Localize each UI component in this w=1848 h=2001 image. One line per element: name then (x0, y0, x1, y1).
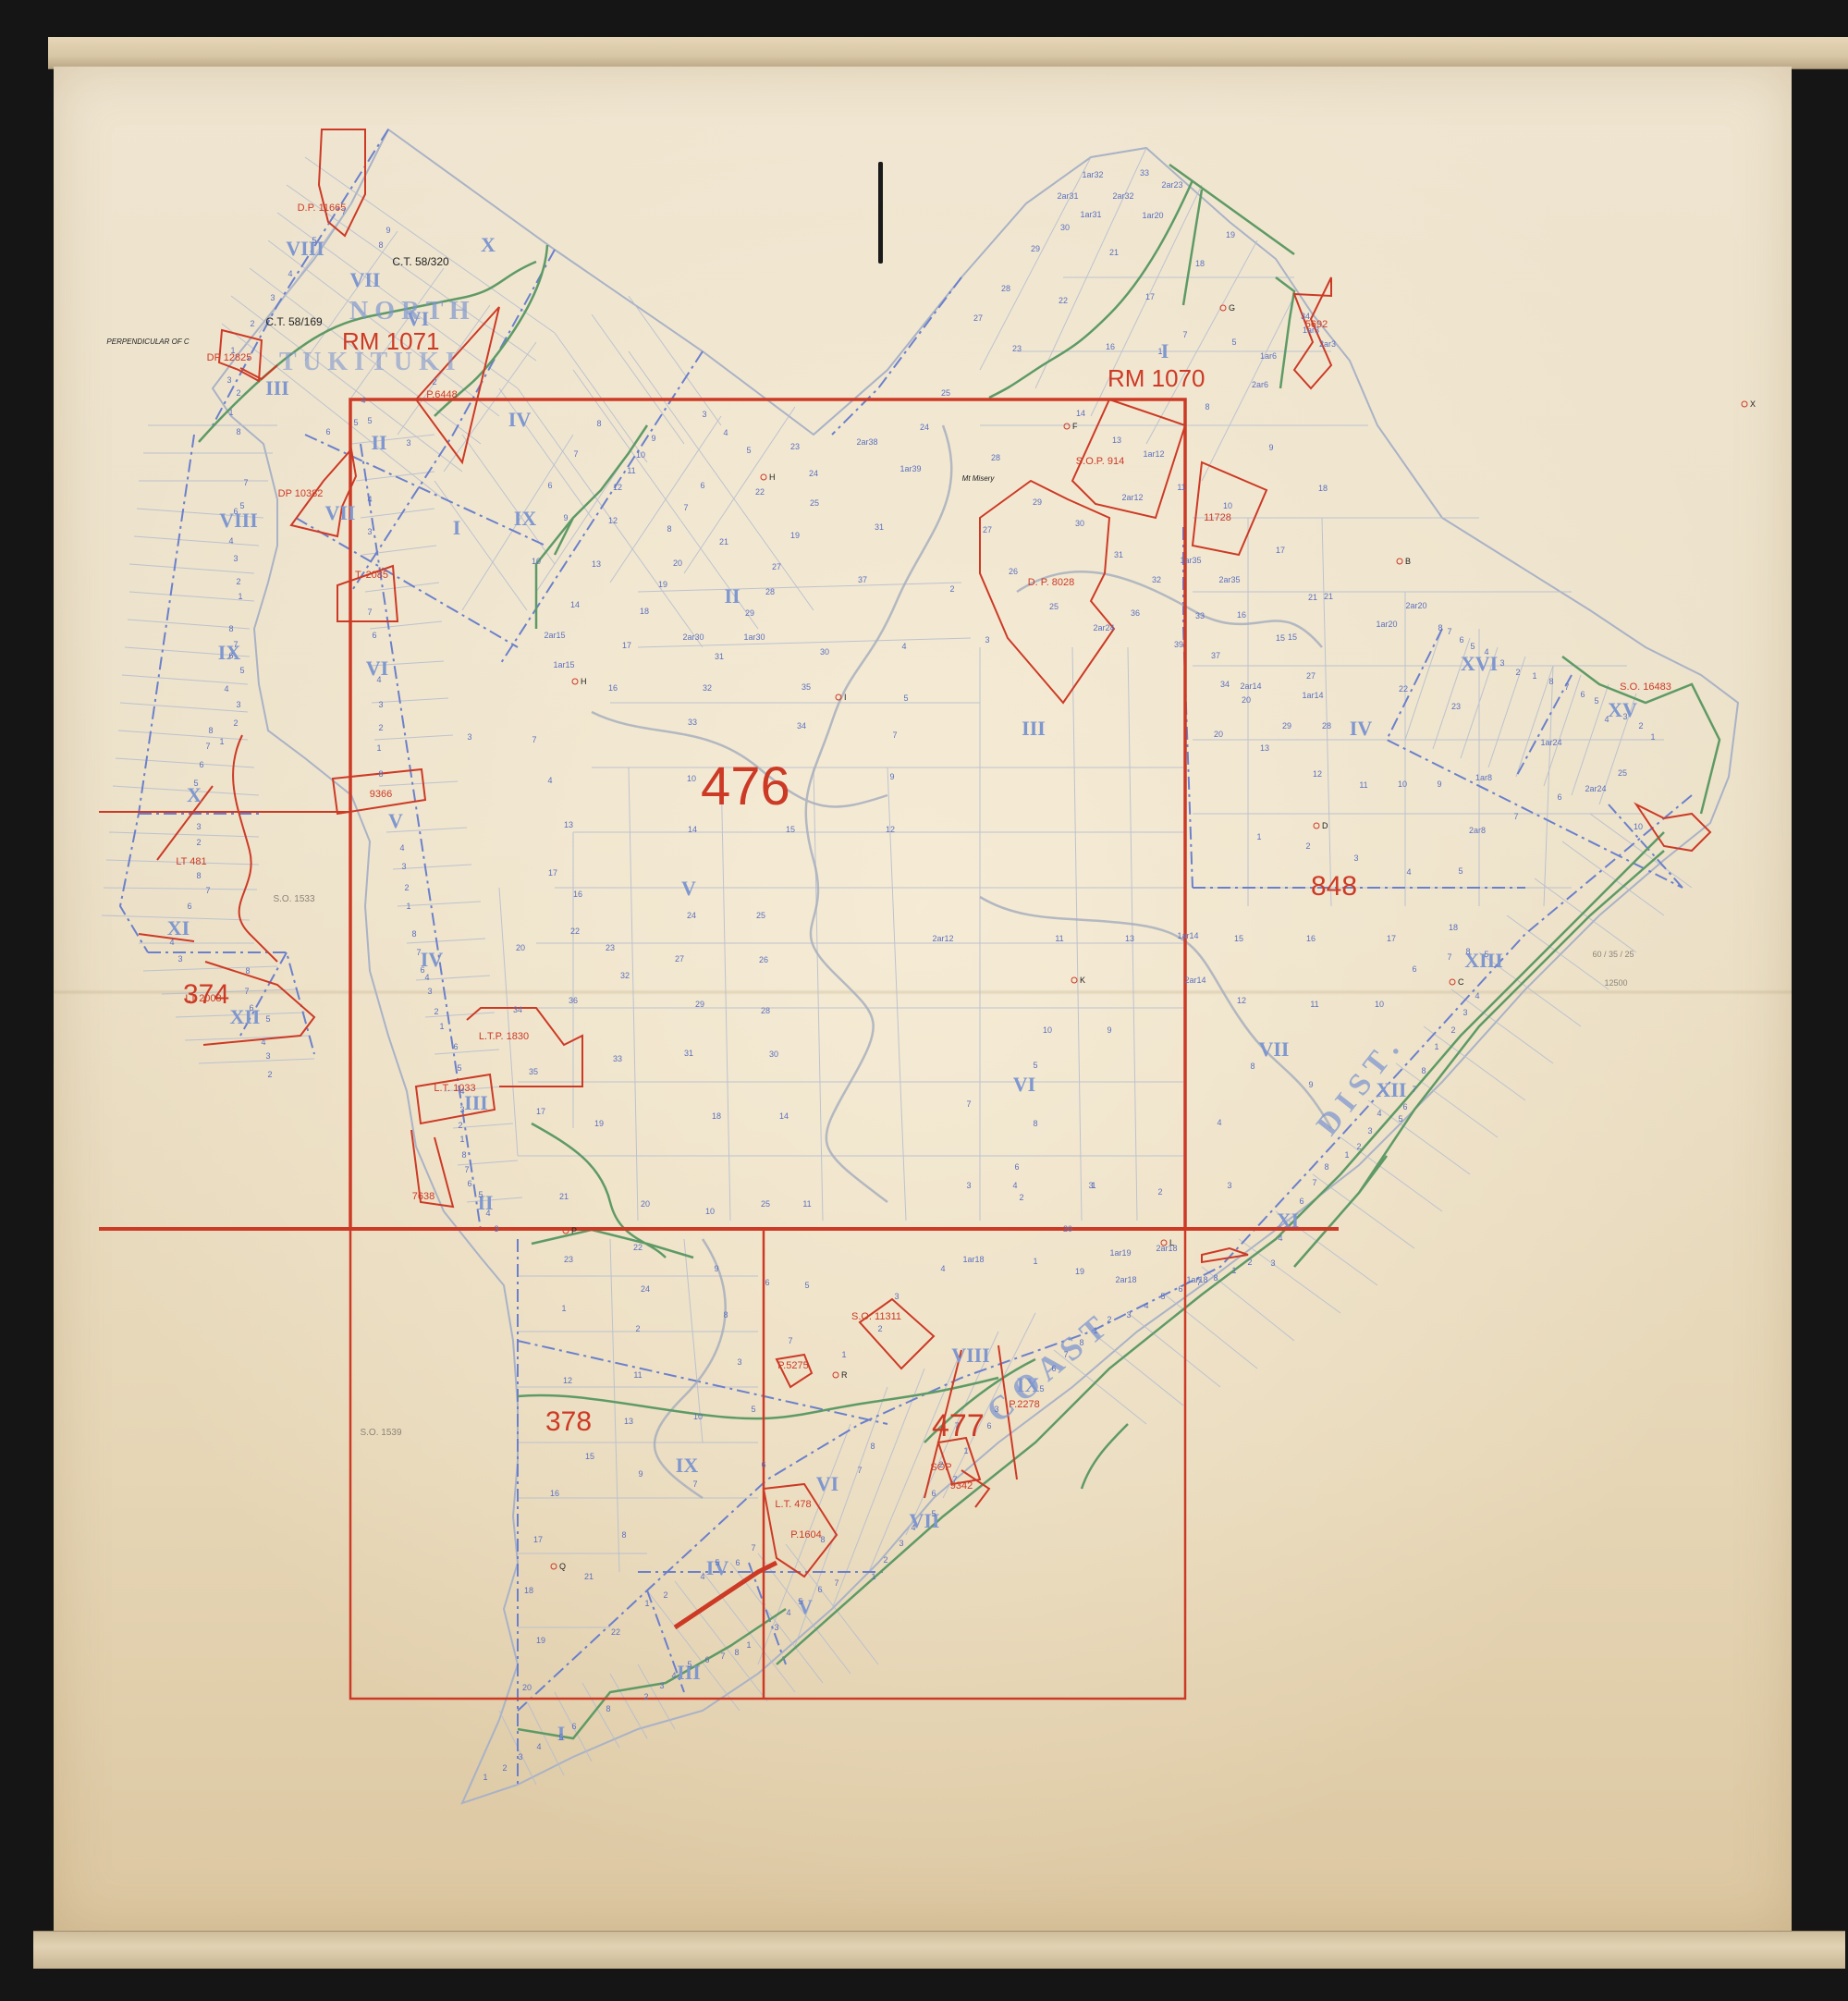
lot-number: 35 (529, 1067, 538, 1076)
lot-number: 7 (367, 608, 372, 617)
lot-number: 6 (1178, 1284, 1182, 1294)
lot-number: 2 (1247, 1258, 1252, 1267)
streams-and-roads (592, 425, 1331, 1498)
lot-number: 7 (1513, 812, 1518, 821)
deposited-plan-label: DP 12825 (207, 352, 252, 363)
lot-number: 2 (883, 1555, 887, 1565)
lot-number: 10 (1223, 501, 1232, 510)
lot-number: 31 (684, 1049, 693, 1058)
lot-number: 17 (622, 641, 631, 650)
lot-number: 4 (1377, 1109, 1381, 1118)
lot-number: 22 (570, 927, 580, 936)
trig-point-icon (1064, 424, 1070, 429)
lot-number: 4 (911, 1523, 915, 1532)
lot-number: 34 (513, 1005, 522, 1014)
lot-number: 27 (973, 313, 983, 323)
sheet-476-label: 476 (701, 756, 790, 816)
lot-number: 3 (427, 987, 432, 996)
lot-number: 22 (1399, 684, 1408, 694)
lot-number: 8 (621, 1530, 626, 1540)
lot-number: 33 (613, 1054, 622, 1063)
lot-number: 19 (536, 1636, 545, 1645)
lot-number: 8 (1033, 1119, 1037, 1128)
lot-number: 19 (658, 580, 667, 589)
block-numeral: VII (349, 268, 380, 291)
lot-number: 2 (643, 1692, 648, 1701)
lot-number: 3 (985, 635, 989, 644)
lot-number: 6 (761, 1460, 765, 1469)
lot-number: 7 (416, 948, 421, 957)
lot-number: 5 (312, 236, 316, 245)
block-numeral: VII (1258, 1037, 1289, 1061)
lot-number: 1 (963, 1446, 968, 1455)
lot-number: 1 (1434, 1042, 1438, 1051)
lot-number: 3 (367, 527, 372, 536)
lot-number: 4 (700, 1572, 704, 1581)
lot-number: 10 (705, 1207, 715, 1216)
lot-number: 3 (702, 410, 706, 419)
lot-number: 8 (411, 929, 416, 939)
lot-number: 5 (1160, 1292, 1165, 1301)
deposited-plan-label: S.O. 11311 (851, 1311, 901, 1322)
lot-number: 6 (571, 1722, 576, 1731)
lot-number: 25 (761, 1199, 770, 1209)
lot-number: 2 (434, 1007, 438, 1016)
lot-number: 7 (952, 1475, 957, 1484)
lot-number: 3 (1367, 1126, 1372, 1136)
block-numeral: XI (1277, 1209, 1299, 1232)
lot-number: 1 (459, 1135, 464, 1144)
lot-number: 7 (892, 730, 897, 740)
trig-point-label: P (571, 1226, 577, 1235)
lot-number: 24 (641, 1284, 650, 1294)
deposited-plan-label: 7638 (412, 1191, 434, 1202)
lot-number: 3 (994, 1405, 998, 1414)
lot-number: 4 (1217, 1118, 1221, 1127)
lot-number: 7 (233, 640, 238, 649)
lot-number: 36 (569, 996, 578, 1005)
trig-point-icon (1314, 823, 1319, 829)
lot-number: 5 (1470, 642, 1475, 651)
lot-number: 36 (1131, 608, 1140, 618)
trig-point-label: D (1322, 821, 1328, 830)
lot-number: 8 (1324, 1162, 1328, 1172)
lot-number: 4 (169, 938, 174, 947)
lot-number: 7 (751, 1543, 755, 1553)
lot-number: 21 (1109, 248, 1119, 257)
lot-number: 31 (875, 522, 884, 532)
lot-number: 2 (1638, 721, 1643, 730)
trig-points: HHIGFBDKLCPRQX (551, 303, 1756, 1571)
lot-number: 11 (1359, 780, 1367, 790)
lot-number: 8 (245, 966, 250, 976)
lot-number: 13 (624, 1417, 633, 1426)
lot-number: 17 (533, 1535, 543, 1544)
deposited-plan-labels: D.P. 11665DP 12825P.6448DP 10382T. 20859… (176, 203, 1671, 1541)
lot-number: 4 (786, 1608, 790, 1617)
lot-number: 26 (1009, 567, 1018, 576)
lot-number: 1ar24 (1540, 738, 1561, 747)
lot-number: 3 (467, 732, 471, 742)
block-numeral: VIII (951, 1344, 990, 1367)
lot-number: 13 (592, 559, 601, 569)
lot-number: 8 (378, 769, 383, 779)
lot-number: 2ar12 (1121, 493, 1143, 502)
lot-number: 9 (638, 1469, 643, 1479)
lot-number: 1ar8 (1475, 773, 1492, 782)
deposited-plan-label: D. P. 8028 (1028, 577, 1075, 588)
lot-number: 28 (761, 1006, 770, 1015)
lot-number: 4 (901, 642, 906, 651)
trig-point-icon (761, 474, 766, 480)
lot-number: 3 (494, 1224, 498, 1234)
lot-number: 27 (772, 562, 781, 571)
lot-number: 4 (940, 1264, 945, 1273)
lot-number: 8 (1421, 1066, 1426, 1075)
lot-number: 6 (765, 1278, 769, 1287)
lot-number: 2ar6 (1252, 380, 1268, 389)
lot-number: 28 (1001, 284, 1010, 293)
lot-number: 21 (584, 1572, 594, 1581)
lot-number: 6 (325, 427, 330, 436)
lot-number: 4 (399, 843, 404, 853)
lot-number: 20 (522, 1683, 532, 1692)
lot-number: 8 (820, 1535, 825, 1544)
certificate-of-title-label: C.T. 58/169 (265, 315, 323, 328)
lot-number: 9 (1107, 1025, 1111, 1035)
lot-number: 1 (406, 902, 410, 911)
lot-number: 4 (1475, 991, 1479, 1000)
lot-number: 15 (1288, 632, 1297, 642)
lot-number: 1 (1256, 832, 1261, 841)
lot-number: 8 (596, 419, 601, 428)
lot-number: 5 (687, 1660, 691, 1669)
trig-point-icon (833, 1372, 838, 1378)
lot-number: 5 (1398, 1114, 1402, 1123)
lot-number: 18 (1449, 923, 1458, 932)
trig-point-label: X (1750, 399, 1756, 409)
block-numeral: IX (676, 1454, 699, 1477)
lot-number: 6 (199, 760, 203, 769)
lot-number: 1ar20 (1142, 211, 1163, 220)
lot-number: 1ar20 (1376, 620, 1397, 629)
block-numerals: VIIIVIIVIXIIIIIIVVIIIXIVIIIIXVIXVXIIVXII… (167, 233, 1637, 1745)
lot-number: 23 (1451, 702, 1461, 711)
lot-number: 25 (1618, 768, 1627, 778)
lot-number: 7 (954, 1421, 959, 1430)
trig-point-label: K (1080, 976, 1085, 985)
lot-number: 3 (1126, 1310, 1131, 1320)
lot-number: 4 (1278, 1234, 1282, 1243)
lot-number: 30 (1060, 223, 1070, 232)
lot-number: 7 (1564, 682, 1569, 692)
lot-number: 3 (518, 1752, 522, 1762)
lot-number: 7 (1063, 1350, 1068, 1359)
lot-number: 9 (1437, 780, 1441, 789)
lot-number: 6 (228, 651, 233, 660)
lot-number: 27 (1306, 671, 1316, 681)
lot-number: 35 (802, 682, 811, 692)
lot-number: 2 (663, 1590, 667, 1600)
lot-number: 25 (810, 498, 819, 508)
lot-number: 18 (1318, 484, 1328, 493)
lot-number: 5 (903, 694, 908, 703)
lot-number: 7 (1447, 627, 1451, 636)
lot-number: 6 (735, 1558, 740, 1567)
lot-number: 2 (1515, 668, 1520, 677)
lot-number: 16 (550, 1489, 559, 1498)
lot-number: 9 (714, 1264, 718, 1273)
lot-number: 33 (1195, 611, 1205, 620)
lot-number: 5 (239, 666, 244, 675)
lot-number: 5 (265, 1014, 270, 1024)
lot-number: 37 (858, 575, 867, 584)
lot-number: 3 (265, 1051, 270, 1061)
lot-number: 3 (894, 1292, 899, 1301)
lot-number: 6 (1459, 635, 1463, 644)
lot-number: 23 (790, 442, 800, 451)
lot-number: 1 (746, 1640, 751, 1650)
trig-point-label: F (1072, 422, 1078, 431)
lot-number: 2 (877, 1324, 882, 1333)
lot-number: 5 (715, 1558, 719, 1567)
lot-number: 4 (1604, 715, 1609, 724)
trig-point-icon (1742, 401, 1747, 407)
lot-number: 8 (378, 240, 383, 250)
lot-number: 1ar15 (553, 660, 574, 669)
lot-number: 2 (1019, 1193, 1023, 1202)
lot-number: 17 (536, 1107, 545, 1116)
lot-number: 11 (1177, 483, 1185, 492)
block-numeral: II (371, 431, 386, 454)
lot-number: 22 (633, 1243, 643, 1252)
place-name-label: Mt Misery (962, 474, 996, 483)
lot-number: 13 (1125, 934, 1134, 943)
lot-number: 6 (1402, 1102, 1407, 1111)
deposited-plan-label: P.5275 (777, 1360, 808, 1371)
lot-number: 19 (594, 1119, 604, 1128)
lot-number: 8 (228, 624, 233, 633)
lot-number: 1 (1231, 1266, 1236, 1275)
survey-map: RM 1071 RM 1070 476 848 374 378 477 N O … (0, 0, 1848, 2001)
lot-number: 3 (270, 293, 275, 302)
lot-subdivision-lines (102, 148, 1692, 1785)
trig-point-label: H (581, 677, 587, 686)
lot-number: 10 (1398, 780, 1407, 789)
lot-number: 4 (376, 675, 381, 684)
lot-number: 14 (779, 1111, 789, 1121)
lot-number: 1ar18 (962, 1255, 984, 1264)
lot-number: 1 (376, 743, 381, 753)
lot-number: 13 (1260, 743, 1269, 753)
lot-number: 1ar31 (1080, 210, 1101, 219)
lot-number: 2 (432, 377, 436, 387)
lot-number: 6 (467, 1179, 471, 1188)
lot-number: 8 (870, 1442, 875, 1451)
lot-number: 5 (1458, 866, 1462, 876)
lot-number: 6 (233, 507, 238, 516)
trig-point-icon (1450, 979, 1455, 985)
lot-number: 16 (1106, 342, 1115, 351)
lot-number: 25 (1049, 602, 1059, 611)
sheet-numbers: 476 848 374 378 477 (183, 756, 1357, 1443)
deposited-plan-label: P.2278 (1009, 1399, 1039, 1410)
trig-point-label: H (769, 473, 776, 482)
block-numeral: X (481, 233, 496, 256)
block-numeral: XII (229, 1005, 260, 1028)
lot-number: 11 (1055, 934, 1063, 943)
lot-number: 16 (1237, 610, 1246, 620)
lot-number: 8 (236, 427, 240, 436)
lot-number: 21 (559, 1192, 569, 1201)
lot-number: 7 (966, 1099, 971, 1109)
lot-number: 24 (920, 423, 929, 432)
lot-number: 8 (723, 1310, 728, 1320)
lot-number: 8 (461, 1150, 466, 1160)
block-numeral: XII (1376, 1078, 1406, 1101)
deposited-plan-label: 11728 (1204, 512, 1231, 523)
lot-number: 6 (986, 1421, 991, 1430)
lot-number: 18 (712, 1111, 721, 1121)
lot-number: 15 (1276, 633, 1285, 643)
sheet-378-label: 378 (545, 1406, 592, 1437)
lot-number: 6 (700, 481, 704, 490)
deposited-plan-label: T. 2085 (355, 570, 388, 581)
block-numeral: VI (1013, 1073, 1035, 1096)
lot-number: 12 (563, 1376, 572, 1385)
lot-number: 2ar30 (682, 632, 704, 642)
lot-number: 2 (250, 319, 254, 328)
lot-number: 8 (734, 1648, 739, 1657)
lot-number: 15 (585, 1452, 594, 1461)
lot-number: 1ar32 (1082, 170, 1103, 179)
lot-number: 11 (633, 1370, 642, 1380)
lot-number: 3 (196, 822, 201, 831)
lot-number: 29 (1282, 721, 1291, 730)
lot-number: 11 (802, 1199, 811, 1209)
lot-number: 8 (1079, 1338, 1083, 1347)
lot-number: 29 (745, 608, 754, 618)
lot-number: 30 (769, 1050, 778, 1059)
lot-number: 10 (1043, 1025, 1052, 1035)
lot-number: 2 (1107, 1315, 1111, 1324)
lot-number: 3 (774, 1623, 778, 1632)
lot-number: 13 (564, 820, 573, 829)
block-numeral: II (724, 584, 740, 608)
survey-office-label: S.O. 1533 (273, 894, 314, 904)
lot-number: 6 (249, 1003, 253, 1013)
lot-number: 6 (1412, 964, 1416, 974)
lot-number: 8 (1438, 623, 1442, 632)
lot-number: 4 (723, 428, 728, 437)
lot-number: 2 (1450, 1025, 1455, 1035)
lot-number: 4 (424, 973, 429, 982)
lot-number: 6 (1014, 1162, 1019, 1172)
lot-number: 2ar23 (1161, 180, 1182, 190)
lot-number: 5 (798, 1597, 802, 1606)
lot-number: 1 (644, 1599, 649, 1608)
deposited-plan-label: P.1604 (790, 1529, 821, 1541)
lot-number: 22 (611, 1627, 620, 1637)
lot-number: 4 (1484, 647, 1488, 657)
lot-number: 12 (886, 825, 895, 834)
lot-number: 6 (1557, 792, 1561, 802)
lot-number: 7 (532, 735, 536, 744)
lot-number: 7 (683, 503, 688, 512)
block-numeral: III (464, 1091, 488, 1114)
lot-number: 20 (1214, 730, 1223, 739)
lot-number: 25 (941, 388, 950, 398)
lot-number: 10 (687, 774, 696, 783)
trig-point-icon (572, 679, 578, 684)
lot-number: 2ar32 (1112, 191, 1133, 201)
lot-number: 8 (1205, 402, 1209, 411)
lot-number: 2 (635, 1324, 640, 1333)
lot-number: 3 (899, 1539, 903, 1548)
lot-number: 18 (524, 1586, 533, 1595)
lot-number: 7 (1412, 1085, 1416, 1094)
lot-number: 1 (483, 1773, 487, 1782)
lot-number: 20 (673, 559, 682, 568)
lot-number: 31 (715, 652, 724, 661)
lot-number: 3 (1227, 1181, 1231, 1190)
lot-number: 33 (688, 718, 697, 727)
lot-number: 25 (756, 911, 765, 920)
block-numeral: VI (407, 307, 429, 330)
block-numeral: V (388, 809, 403, 832)
lot-number: 21 (719, 537, 728, 546)
block-numeral: III (1022, 717, 1046, 740)
margin-note: 60 / 35 / 25 (1592, 950, 1634, 959)
lot-number: 4 (224, 684, 228, 694)
lot-number: 4 (1406, 867, 1411, 877)
lot-number: 32 (703, 683, 712, 693)
lot-number: 32 (620, 971, 630, 980)
lot-number: 19 (790, 531, 800, 540)
lot-number: 16 (573, 890, 582, 899)
block-numeral: IX (514, 507, 537, 530)
block-boundaries (120, 129, 1692, 1785)
lot-number: 8 (208, 726, 213, 735)
lot-number: 3 (1622, 712, 1627, 721)
lot-number: 32 (1152, 575, 1161, 584)
lot-number: 6 (704, 1655, 709, 1664)
trig-point-label: G (1229, 303, 1235, 313)
lot-number: 5 (751, 1405, 755, 1414)
survey-office-label: S.O. 1539 (360, 1428, 401, 1438)
lot-number: 1 (1157, 347, 1162, 356)
deposited-plan-label: D.P. 11665 (298, 203, 347, 214)
lot-number: 5 (931, 1509, 936, 1518)
lot-number: 5 (193, 779, 198, 788)
lot-number: 3 (401, 862, 406, 871)
lot-number: 1ar39 (900, 464, 921, 473)
block-numeral: III (265, 376, 289, 399)
lot-number: 34 (797, 721, 806, 730)
lot-number: 6 (1580, 690, 1585, 699)
lot-number: 12 (608, 516, 618, 525)
lot-number: 5 (367, 416, 372, 425)
lot-number: 2 (236, 577, 240, 586)
lot-number: 8 (1250, 1062, 1254, 1071)
lot-number: 2ar18 (1156, 1244, 1177, 1253)
lot-number: 5 (1231, 338, 1236, 347)
lot-number: 18 (640, 607, 649, 616)
trig-point-icon (551, 1564, 557, 1569)
lot-number: 10 (1375, 1000, 1384, 1009)
lot-number: 26 (759, 955, 768, 964)
trig-point-label: B (1405, 557, 1411, 566)
